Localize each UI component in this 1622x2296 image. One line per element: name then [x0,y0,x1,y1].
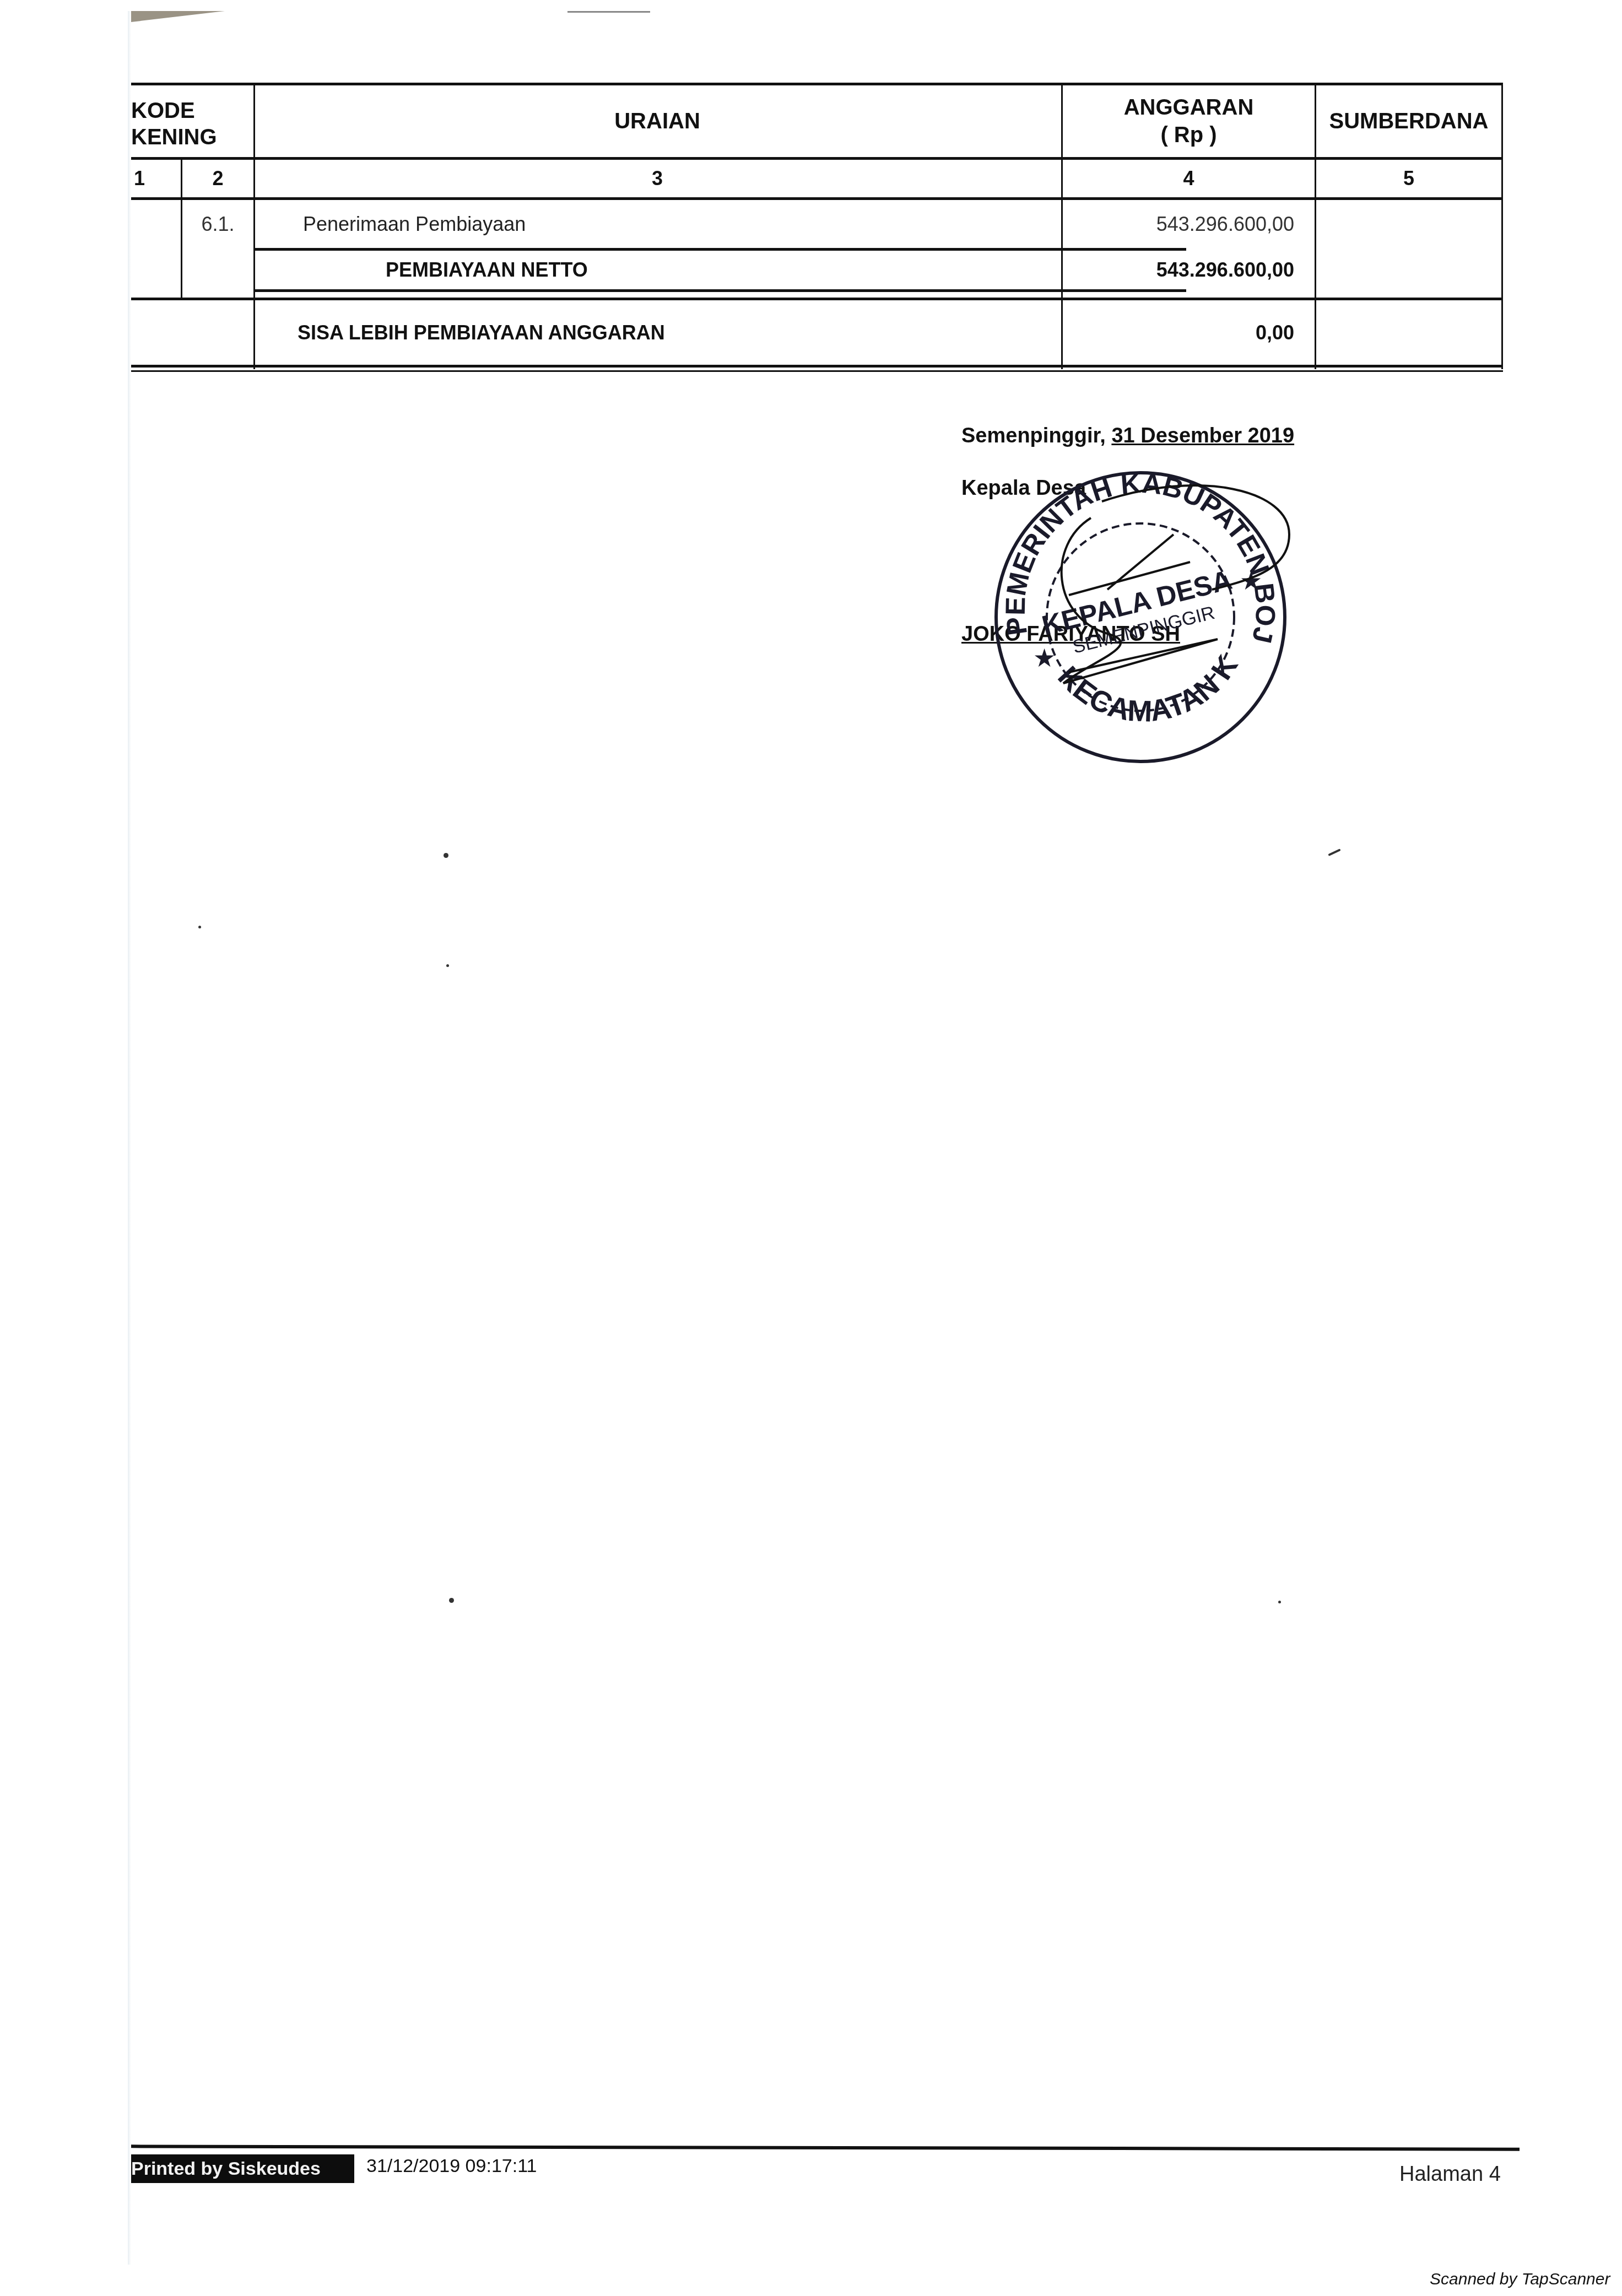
colnum-1: 1 [131,160,148,197]
budget-table: KODE KENING URAIAN ANGGARAN ( Rp ) SUMBE… [131,83,1503,375]
table-border-bottom-double [131,370,1503,372]
header-anggaran-line1: ANGGARAN [1124,94,1254,121]
header-anggaran: ANGGARAN ( Rp ) [1063,88,1315,154]
colnum-4: 4 [1063,160,1315,197]
summary-anggaran: 0,00 [1063,300,1294,365]
page-number: Halaman 4 [1399,2163,1501,2186]
scan-speck [444,853,448,858]
row-uraian-total: PEMBIAYAAN NETTO [386,251,1047,289]
header-sumberdana: SUMBERDANA [1316,88,1501,154]
header-uraian: URAIAN [255,88,1059,154]
colnum-5: 5 [1316,160,1501,197]
stamp-star-left: ★ [1033,644,1056,672]
scan-speck [446,964,449,967]
printed-timestamp: 31/12/2019 09:17:11 [366,2155,537,2177]
row-anggaran: 543.296.600,00 [1063,200,1294,248]
signature-place: Semenpinggir, [961,424,1106,447]
table-border-bottom [131,365,1503,368]
footer-rule [131,2144,1520,2151]
scan-speck [1328,849,1340,856]
official-stamp-icon: PEMERINTAH KABUPATEN BOJONEGORO KECAMATA… [981,452,1300,771]
signature-date: Semenpinggir, 31 Desember 2019 [961,424,1294,448]
colnum-3: 3 [255,160,1059,197]
header-kode-rekening: KODE KENING [131,99,253,149]
header-anggaran-line2: ( Rp ) [1160,121,1216,149]
summary-uraian: SISA LEBIH PEMBIAYAAN ANGGARAN [298,300,1058,365]
header-kode-line2: KENING [131,124,217,150]
row-kode: 6.1. [182,200,253,248]
row-anggaran-total: 543.296.600,00 [1063,251,1294,289]
row-uraian: Penerimaan Pembiayaan [303,200,1019,248]
scan-mark [567,11,650,13]
header-kode-line1: KODE [131,98,195,124]
scan-corner-shadow [131,11,225,22]
colnum-2: 2 [182,160,253,197]
scan-speck [198,926,201,928]
table-border-top [131,83,1503,85]
signature-date-value: 31 Desember 2019 [1111,424,1294,447]
row-divider [255,289,1186,292]
scanner-watermark: Scanned by TapScanner [1430,2270,1610,2289]
table-border-right [1501,83,1503,369]
printed-by-badge: Printed by Siskeudes [131,2154,354,2183]
scan-speck [1278,1601,1281,1603]
scan-speck [449,1598,454,1603]
